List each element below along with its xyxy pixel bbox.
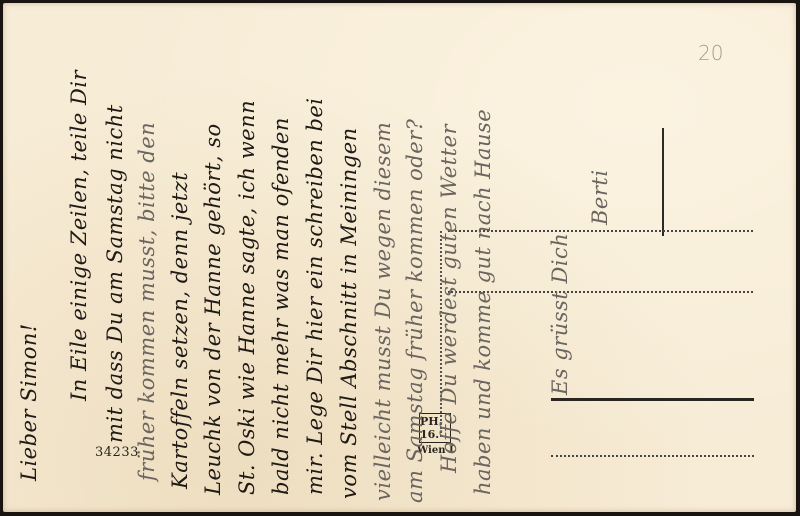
pencil-mark: 20 <box>698 41 723 65</box>
handwritten-closing: Es grüsst Dich <box>548 233 572 395</box>
handwritten-line: mir. Lege Dir hier ein schreiben bei <box>303 97 327 495</box>
handwritten-line: haben und komme gut nach Hause <box>471 109 495 495</box>
handwritten-line: Leuchk von der Hanne gehört, so <box>201 123 225 495</box>
stamp-divider-line <box>662 128 664 236</box>
handwritten-line: St. Oski wie Hanne sagte, ich wenn <box>235 100 259 495</box>
handwritten-signature: Berti <box>588 169 612 225</box>
address-line-3 <box>551 398 754 401</box>
handwritten-line: bald nicht mehr was man ofenden <box>269 117 293 495</box>
printed-card-number: 34233 <box>95 445 139 460</box>
handwritten-line: früher kommen musst, bitte den <box>135 122 159 481</box>
handwritten-line: vom Stell Abschnitt in Meiningen <box>337 127 361 499</box>
handwritten-line: am Samstag früher kommen oder? <box>403 119 427 503</box>
address-line-4 <box>551 455 754 457</box>
handwritten-line: In Eile einige Zeilen, teile Dir <box>67 70 91 401</box>
handwritten-line: Kartoffeln setzen, denn jetzt <box>168 172 192 489</box>
postcard-back: 20 34233 PH 16. Wien I Lieber Simon! In … <box>3 3 796 512</box>
handwritten-salutation: Lieber Simon! <box>17 323 41 481</box>
handwritten-line: mit dass Du am Samstag nicht <box>103 104 127 443</box>
handwritten-line: vielleicht musst Du wegen diesem <box>371 122 395 501</box>
handwritten-line: Hoffe Du werdest guten Wetter <box>437 124 461 473</box>
